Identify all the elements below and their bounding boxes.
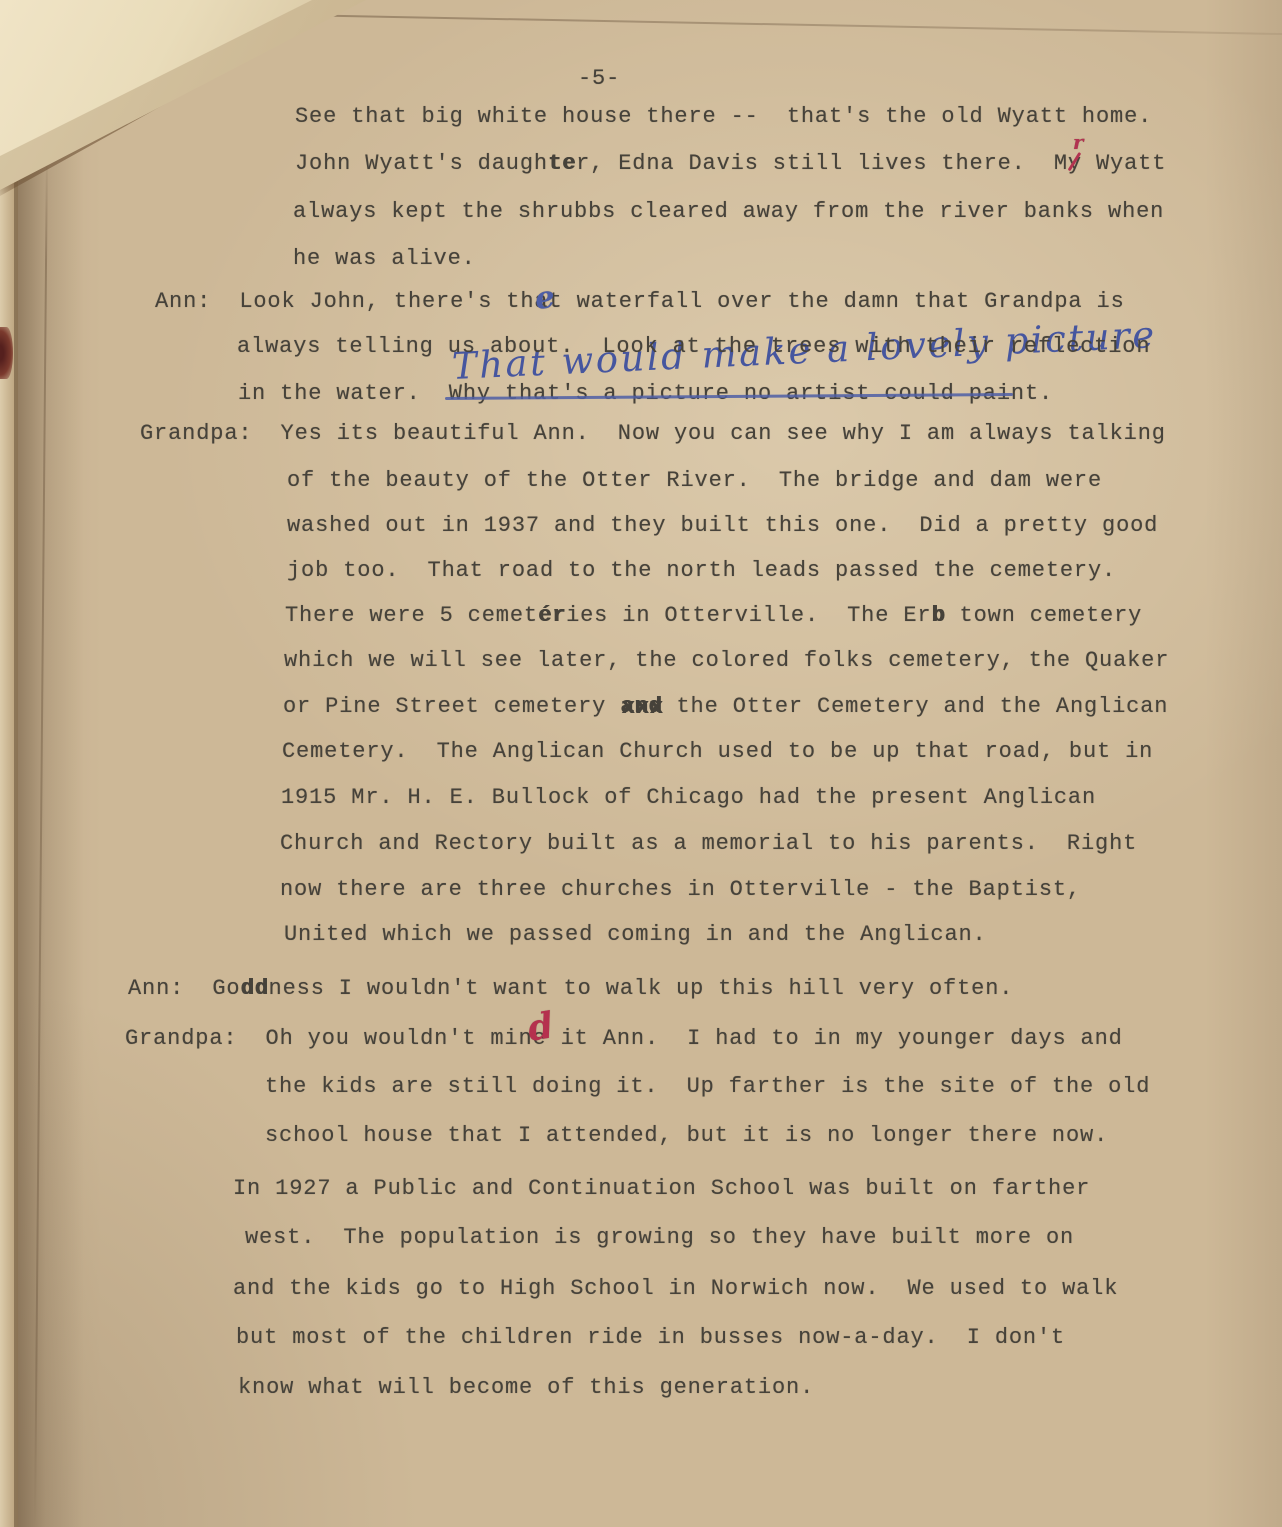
scanned-typescript-photo: { "document": { "page_number": "-5-", "h… [0, 0, 1282, 1527]
typed-text: -5- [578, 66, 620, 91]
typed-line: which we will see later, the colored fol… [284, 648, 1169, 673]
typed-text: always kept the shrubbs cleared away fro… [293, 199, 1164, 224]
typed-text: washed out in 1937 and they built this o… [287, 513, 1158, 538]
typed-line: of the beauty of the Otter River. The br… [287, 468, 1102, 493]
typed-line: or Pine Street cemetery and the Otter Ce… [283, 694, 1168, 719]
typed-text: which we will see later, the colored fol… [284, 648, 1169, 673]
typed-text: know what will become of this generation… [238, 1375, 814, 1400]
typed-text: Grandpa: Oh you wouldn't min [125, 1026, 533, 1051]
typed-line: always kept the shrubbs cleared away fro… [293, 199, 1164, 224]
typed-line: There were 5 cemetéries in Otterville. T… [285, 603, 1142, 628]
typed-line: See that big white house there -- that's… [295, 104, 1152, 129]
typed-text: job too. That road to the north leads pa… [287, 558, 1116, 583]
typed-text: In 1927 a Public and Continuation School… [233, 1176, 1090, 1201]
typed-text: now there are three churches in Ottervil… [280, 877, 1081, 902]
horizontal-crease [238, 13, 1282, 36]
typed-text: Cemetery. The Anglican Church used to be… [282, 739, 1153, 764]
typed-line: but most of the children ride in busses … [236, 1325, 1065, 1350]
typed-line: In 1927 a Public and Continuation School… [233, 1176, 1090, 1201]
typed-line: he was alive. [293, 246, 476, 271]
typed-text: town cemetery [945, 603, 1142, 628]
page-number: -5- [578, 66, 620, 91]
typed-text: nt. [1011, 381, 1053, 406]
typed-text: of the beauty of the Otter River. The br… [287, 468, 1102, 493]
typed-text: Grandpa: Yes its beautiful Ann. Now you … [140, 421, 1166, 446]
typed-text-xover: and [620, 694, 662, 719]
typed-text: or Pine Street cemetery [283, 694, 620, 719]
typed-text-blue-e: at [534, 289, 562, 314]
typed-line: washed out in 1937 and they built this o… [287, 513, 1158, 538]
typed-line: know what will become of this generation… [238, 1375, 814, 1400]
typed-text-strike: Why that's a picture no artist could pai [449, 381, 1011, 406]
typed-text-b: te [548, 151, 576, 176]
typed-line: now there are three churches in Ottervil… [280, 877, 1081, 902]
typed-text: it Ann. I had to in my younger days and [547, 1026, 1123, 1051]
typed-line: Ann: Look John, there's that waterfall o… [155, 289, 1125, 314]
typed-text: he was alive. [293, 246, 476, 271]
typed-line: school house that I attended, but it is … [265, 1123, 1108, 1148]
typed-line: in the water. Why that's a picture no ar… [238, 381, 1053, 406]
typed-line: United which we passed coming in and the… [284, 922, 987, 947]
typed-text: always telling us about. Look at the tre… [237, 334, 1150, 359]
typed-text: r, Edna Davis still lives there. M [576, 151, 1068, 176]
typed-text: Ann: Look John, there's th [155, 289, 534, 314]
typed-text: Ann: Go [128, 976, 240, 1001]
typed-text: and the kids go to High School in Norwic… [233, 1276, 1118, 1301]
typed-text: ness I wouldn't want to walk up this hil… [269, 976, 1014, 1001]
typed-text: Wyatt [1082, 151, 1166, 176]
typed-line: John Wyatt's daughter, Edna Davis still … [295, 151, 1166, 176]
typed-line: Church and Rectory built as a memorial t… [280, 831, 1137, 856]
typed-line: Ann: Goddness I wouldn't want to walk up… [128, 976, 1013, 1001]
typescript-page: That would make a lovely picture -5-See … [0, 0, 1282, 1527]
typed-text: 1915 Mr. H. E. Bullock of Chicago had th… [281, 785, 1096, 810]
typed-text: school house that I attended, but it is … [265, 1123, 1108, 1148]
typed-line: always telling us about. Look at the tre… [237, 334, 1150, 359]
typed-text: but most of the children ride in busses … [236, 1325, 1065, 1350]
typed-line: Grandpa: Yes its beautiful Ann. Now you … [140, 421, 1166, 446]
typed-text: There were 5 cemet [285, 603, 538, 628]
typed-line: 1915 Mr. H. E. Bullock of Chicago had th… [281, 785, 1096, 810]
typed-line: and the kids go to High School in Norwic… [233, 1276, 1118, 1301]
typed-text: the kids are still doing it. Up farther … [265, 1074, 1150, 1099]
typed-line: west. The population is growing so they … [245, 1225, 1074, 1250]
binding-mark [0, 327, 13, 379]
typed-line: job too. That road to the north leads pa… [287, 558, 1116, 583]
typed-text: ies in Otterville. The Er [566, 603, 931, 628]
typed-line: Grandpa: Oh you wouldn't mine it Ann. I … [125, 1026, 1123, 1051]
typed-text-b: b [931, 603, 945, 628]
typed-text: United which we passed coming in and the… [284, 922, 987, 947]
typed-line: the kids are still doing it. Up farther … [265, 1074, 1150, 1099]
typed-text: the Otter Cemetery and the Anglican [662, 694, 1168, 719]
typed-text: west. The population is growing so they … [245, 1225, 1074, 1250]
typed-text: John Wyatt's daugh [295, 151, 548, 176]
typed-line: Cemetery. The Anglican Church used to be… [282, 739, 1153, 764]
typed-text-b: dd [240, 976, 268, 1001]
typed-text-red-d: e [533, 1026, 547, 1051]
typed-text: See that big white house there -- that's… [295, 104, 1152, 129]
typed-text: Church and Rectory built as a memorial t… [280, 831, 1137, 856]
gutter-shadow [14, 130, 84, 1527]
typed-text-b: ér [538, 603, 566, 628]
typed-text: in the water. [238, 381, 449, 406]
typed-text-red-y: y [1068, 151, 1082, 176]
typed-text: waterfall over the damn that Grandpa is [563, 289, 1125, 314]
